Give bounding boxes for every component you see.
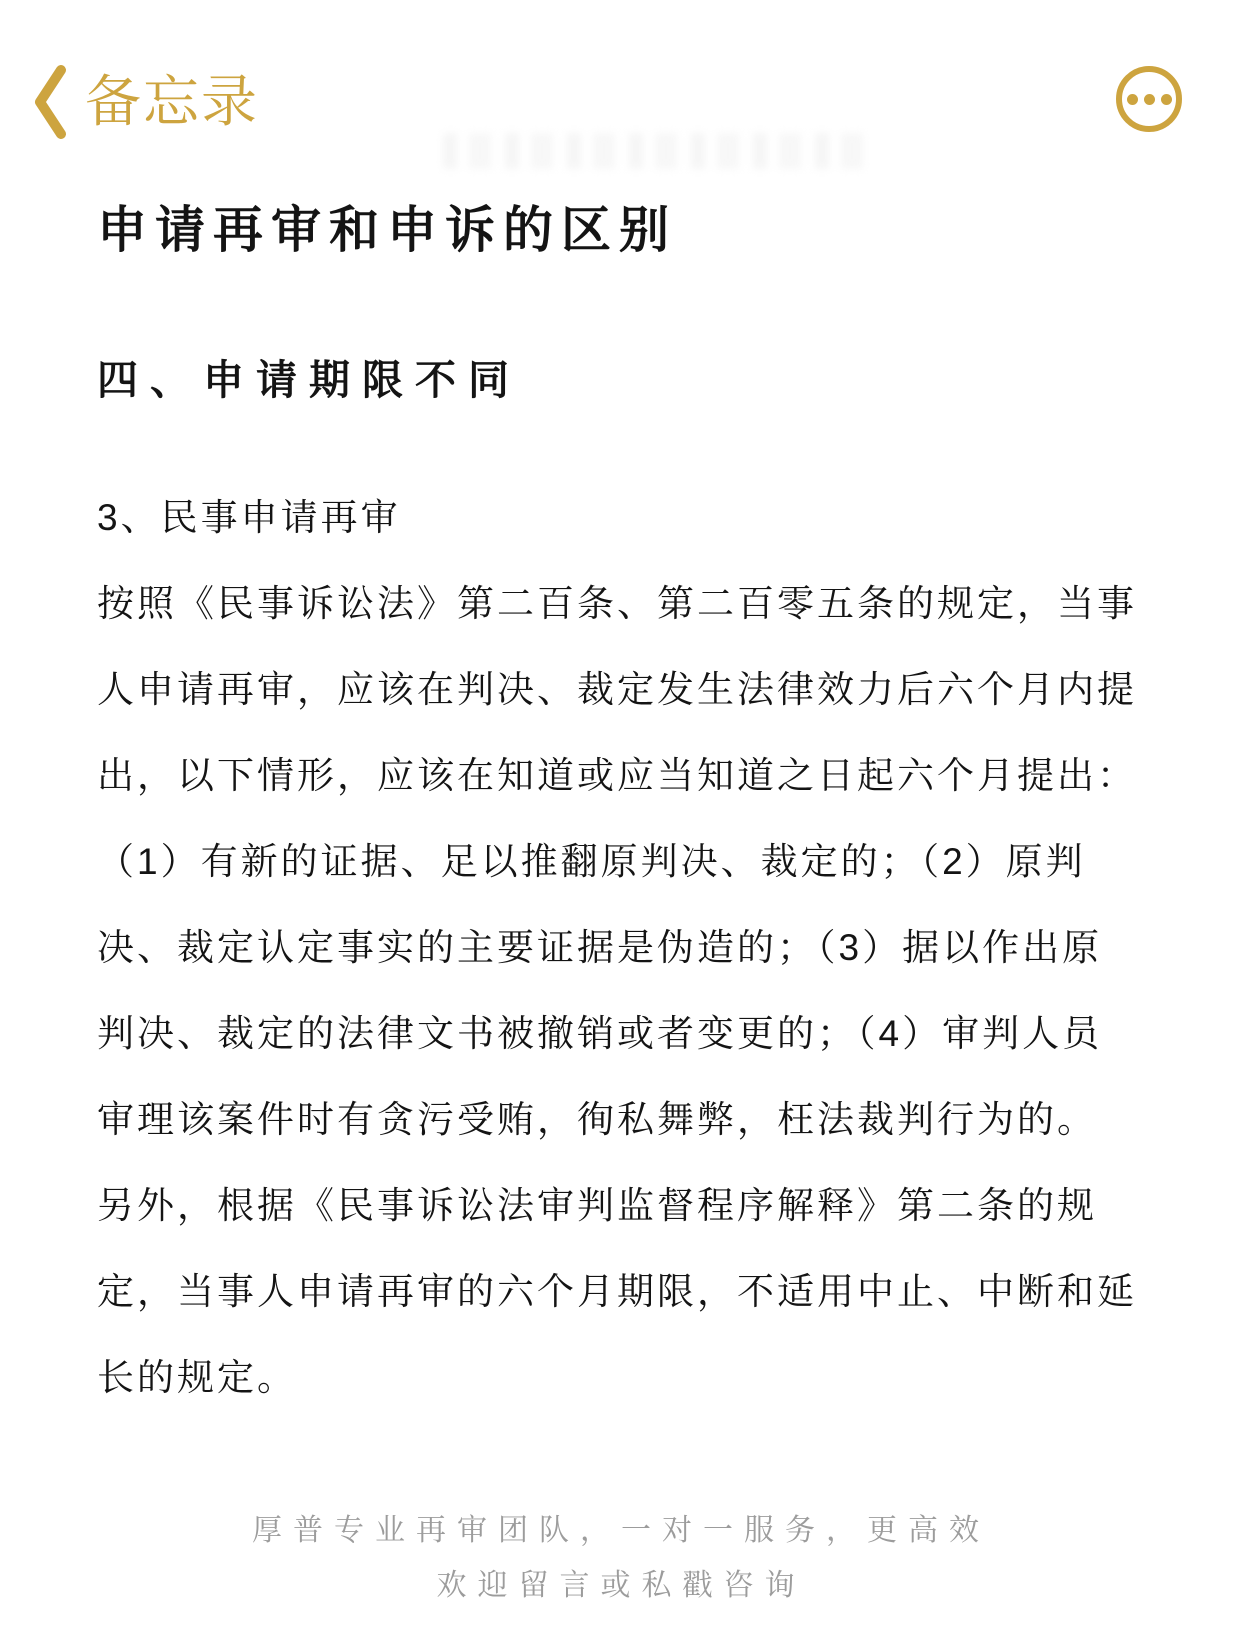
nav-bar: 备忘录 — [0, 0, 1242, 150]
ellipsis-icon — [1127, 94, 1172, 105]
note-title: 申请再审和申诉的区别 — [97, 200, 677, 260]
note-body-line: 3、民事申请再审 — [97, 475, 1157, 561]
note-body-line: 审理该案件时有贪污受贿，徇私舞弊，枉法裁判行为的。 — [97, 1077, 1157, 1163]
note-body-line: 长的规定。 — [97, 1335, 1157, 1421]
footer-line: 欢迎留言或私戳咨询 — [0, 1558, 1242, 1613]
note-body-line: 出，以下情形，应该在知道或应当知道之日起六个月提出： — [97, 733, 1157, 819]
note-body-line: 人申请再审，应该在判决、裁定发生法律效力后六个月内提 — [97, 647, 1157, 733]
note-body-line: 另外，根据《民事诉讼法审判监督程序解释》第二条的规 — [97, 1163, 1157, 1249]
chevron-left-icon — [33, 64, 67, 140]
note-body-line: 判决、裁定的法律文书被撤销或者变更的；（4）审判人员 — [97, 991, 1157, 1077]
section-heading: 四、申请期限不同 — [97, 352, 521, 408]
note-footer: 厚普专业再审团队，一对一服务，更高效 欢迎留言或私戳咨询 — [0, 1503, 1242, 1613]
back-button-label: 备忘录 — [85, 64, 259, 140]
scrolled-text-remnant — [443, 133, 873, 169]
note-body[interactable]: 3、民事申请再审 按照《民事诉讼法》第二百条、第二百零五条的规定，当事 人申请再… — [97, 475, 1157, 1421]
note-body-line: 决、裁定认定事实的主要证据是伪造的；（3）据以作出原 — [97, 905, 1157, 991]
note-body-line: 定，当事人申请再审的六个月期限，不适用中止、中断和延 — [97, 1249, 1157, 1335]
footer-line: 厚普专业再审团队，一对一服务，更高效 — [0, 1503, 1242, 1558]
more-options-button[interactable] — [1116, 66, 1182, 132]
note-body-line: （1）有新的证据、足以推翻原判决、裁定的；（2）原判 — [97, 819, 1157, 905]
back-button[interactable]: 备忘录 — [33, 64, 259, 140]
note-body-line: 按照《民事诉讼法》第二百条、第二百零五条的规定，当事 — [97, 561, 1157, 647]
